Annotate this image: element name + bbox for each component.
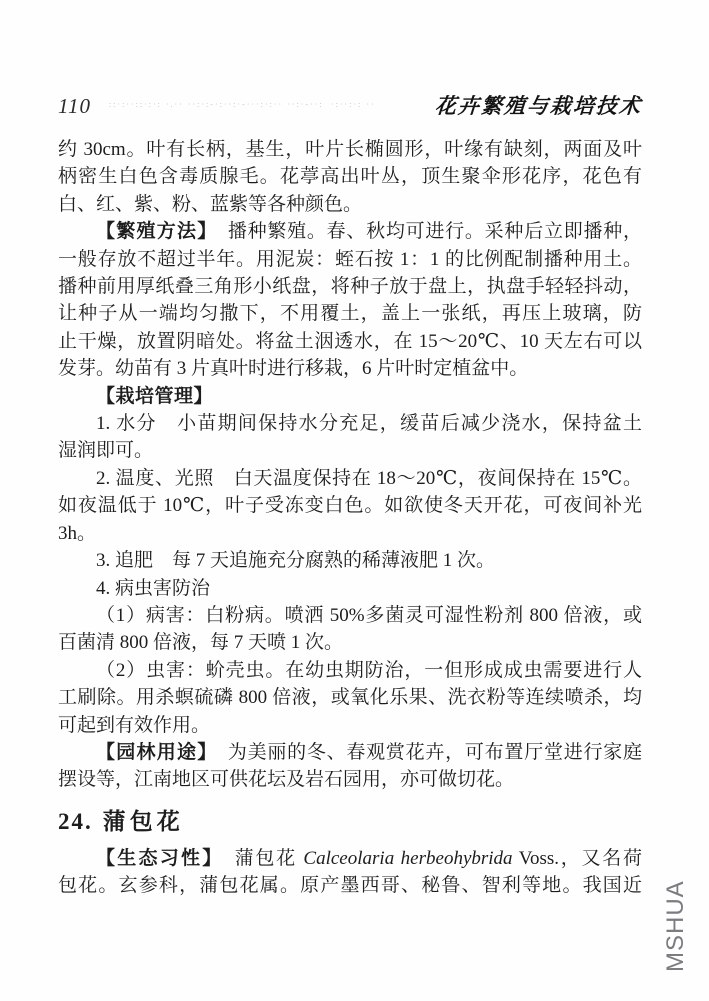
text-segment: 止干燥，放置阴暗处。将盆土洇透水，在 15～20℃、10 天左右可以 [58,331,642,352]
text-segment: 一般存放不超过半年。用泥炭：蛭石按 1：1 的比例配制播种用土。 [58,249,642,270]
text-line: 一般存放不超过半年。用泥炭：蛭石按 1：1 的比例配制播种用土。 [58,246,642,273]
text-segment: （2）虫害：蚧壳虫。在幼虫期防治，一但形成成虫需要进行人 [96,660,642,681]
text-line: 摆设等，江南地区可供花坛及岩石园用，亦可做切花。 [58,766,642,793]
text-segment: 24. [58,809,93,834]
text-segment: 如夜温低于 10℃，叶子受冻变白色。如欲使冬天开花，可夜间补光 [58,495,642,516]
header-print-noise-right: ·:··:·: ·· [331,100,421,109]
book-title: 花卉繁殖与栽培技术 [434,90,643,120]
text-segment: 2. 温度、光照 白天温度保持在 18～20℃，夜间保持在 15℃。 [96,468,642,489]
text-line: 播种前用厚纸叠三角形小纸盘，将种子放于盘上，执盘手轻轻抖动， [58,273,642,300]
text-segment: 【生态习性】 [96,848,214,869]
text-segment: 让种子从一端均匀撒下，不用覆土，盖上一张纸，再压上玻璃，防 [58,303,642,324]
text-line: 让种子从一端均匀撒下，不用覆土，盖上一张纸，再压上玻璃，防 [58,300,642,327]
text-segment: 播种前用厚纸叠三角形小纸盘，将种子放于盘上，执盘手轻轻抖动， [58,276,642,297]
section-heading: 24.蒲包花 [58,804,642,839]
text-segment: 包花。玄参科，蒲包花属。原产墨西哥、秘鲁、智利等地。我国近 [58,875,642,896]
text-segment: 4. 病虫害防治 [96,578,210,599]
text-segment: 白、红、紫、粉、蓝紫等各种颜色。 [58,194,362,215]
text-segment: 【园林用途】 [96,742,208,763]
text-line: 3. 追肥 每 7 天追施充分腐熟的稀薄液肥 1 次。 [58,547,642,574]
text-line: 包花。玄参科，蒲包花属。原产墨西哥、秘鲁、智利等地。我国近 [58,872,642,899]
text-segment: Voss.，又名荷 [513,848,642,869]
text-line: 约 30cm。叶有长柄，基生，叶片长椭圆形，叶缘有缺刻，两面及叶 [58,136,642,163]
page-number: 110 [58,94,91,119]
text-line: 百菌清 800 倍液，每 7 天喷 1 次。 [58,629,642,656]
text-segment: 约 30cm。叶有长柄，基生，叶片长椭圆形，叶缘有缺刻，两面及叶 [58,139,642,160]
text-segment: 可起到有效作用。 [58,715,210,736]
text-segment: 【繁殖方法】 [96,221,208,242]
text-segment: 为美丽的冬、春观赏花卉，可布置厅堂进行家庭 [208,742,642,763]
text-line: 2. 温度、光照 白天温度保持在 18～20℃，夜间保持在 15℃。 [58,465,642,492]
text-line: （2）虫害：蚧壳虫。在幼虫期防治，一但形成成虫需要进行人 [58,657,642,684]
text-line: 1. 水分 小苗期间保持水分充足，缓苗后减少浇水，保持盆土 [58,410,642,437]
text-segment: 1. 水分 小苗期间保持水分充足，缓苗后减少浇水，保持盆土 [96,413,642,434]
text-segment: Calceolaria herbeohybrida [303,848,512,869]
text-line: 工刷除。用杀螟硫磷 800 倍液，或氧化乐果、洗衣粉等连续喷杀，均 [58,684,642,711]
text-column: 约 30cm。叶有长柄，基生，叶片长椭圆形，叶缘有缺刻，两面及叶柄密生白色含毒质… [58,136,642,900]
text-line: 发芽。幼苗有 3 片真叶时进行移栽，6 片叶时定植盆中。 [58,355,642,382]
text-segment: 百菌清 800 倍液，每 7 天喷 1 次。 [58,632,343,653]
text-line: 白、红、紫、粉、蓝紫等各种颜色。 [58,191,642,218]
text-line: 4. 病虫害防治 [58,575,642,602]
text-segment: 柄密生白色含毒质腺毛。花葶高出叶丛，顶生聚伞形花序，花色有 [58,166,642,187]
text-line: 可起到有效作用。 [58,712,642,739]
text-segment: 蒲包花 [103,808,184,834]
text-line: 【生态习性】 蒲包花 Calceolaria herbeohybrida Vos… [58,845,642,872]
text-line: 柄密生白色含毒质腺毛。花葶高出叶丛，顶生聚伞形花序，花色有 [58,163,642,190]
text-line: 3h。 [58,520,642,547]
text-line: 如夜温低于 10℃，叶子受冻变白色。如欲使冬天开花，可夜间补光 [58,492,642,519]
watermark-text: MSHUA [662,894,690,972]
header-print-noise-left: ::·:··::·:·: ·.·· ··:·:-·:··:·-···:·:·· … [109,100,321,109]
book-page: 110 ::·:··::·:·: ·.·· ··:·:-·:··:·-···:·… [0,0,709,1001]
text-segment: 3h。 [58,523,96,544]
text-segment: 摆设等，江南地区可供花坛及岩石园用，亦可做切花。 [58,769,514,790]
page-header: 110 ::·:··::·:·: ·.·· ··:·:-·:··:·-···:·… [58,90,642,118]
text-line: 【栽培管理】 [58,383,642,410]
text-line: （1）病害：白粉病。喷洒 50%多菌灵可湿性粉剂 800 倍液，或 [58,602,642,629]
text-line: 止干燥，放置阴暗处。将盆土洇透水，在 15～20℃、10 天左右可以 [58,328,642,355]
text-segment: （1）病害：白粉病。喷洒 50%多菌灵可湿性粉剂 800 倍液，或 [96,605,642,626]
text-segment: 蒲包花 [214,848,303,869]
text-segment: 工刷除。用杀螟硫磷 800 倍液，或氧化乐果、洗衣粉等连续喷杀，均 [58,687,642,708]
text-segment: 湿润即可。 [58,440,153,461]
text-segment: 3. 追肥 每 7 天追施充分腐熟的稀薄液肥 1 次。 [96,550,495,571]
text-segment: 播种繁殖。春、秋均可进行。采种后立即播种， [208,221,642,242]
text-line: 湿润即可。 [58,437,642,464]
text-line: 【繁殖方法】 播种繁殖。春、秋均可进行。采种后立即播种， [58,218,642,245]
text-segment: 【栽培管理】 [96,386,213,407]
text-line: 【园林用途】 为美丽的冬、春观赏花卉，可布置厅堂进行家庭 [58,739,642,766]
text-segment: 发芽。幼苗有 3 片真叶时进行移栽，6 片叶时定植盆中。 [58,358,528,379]
